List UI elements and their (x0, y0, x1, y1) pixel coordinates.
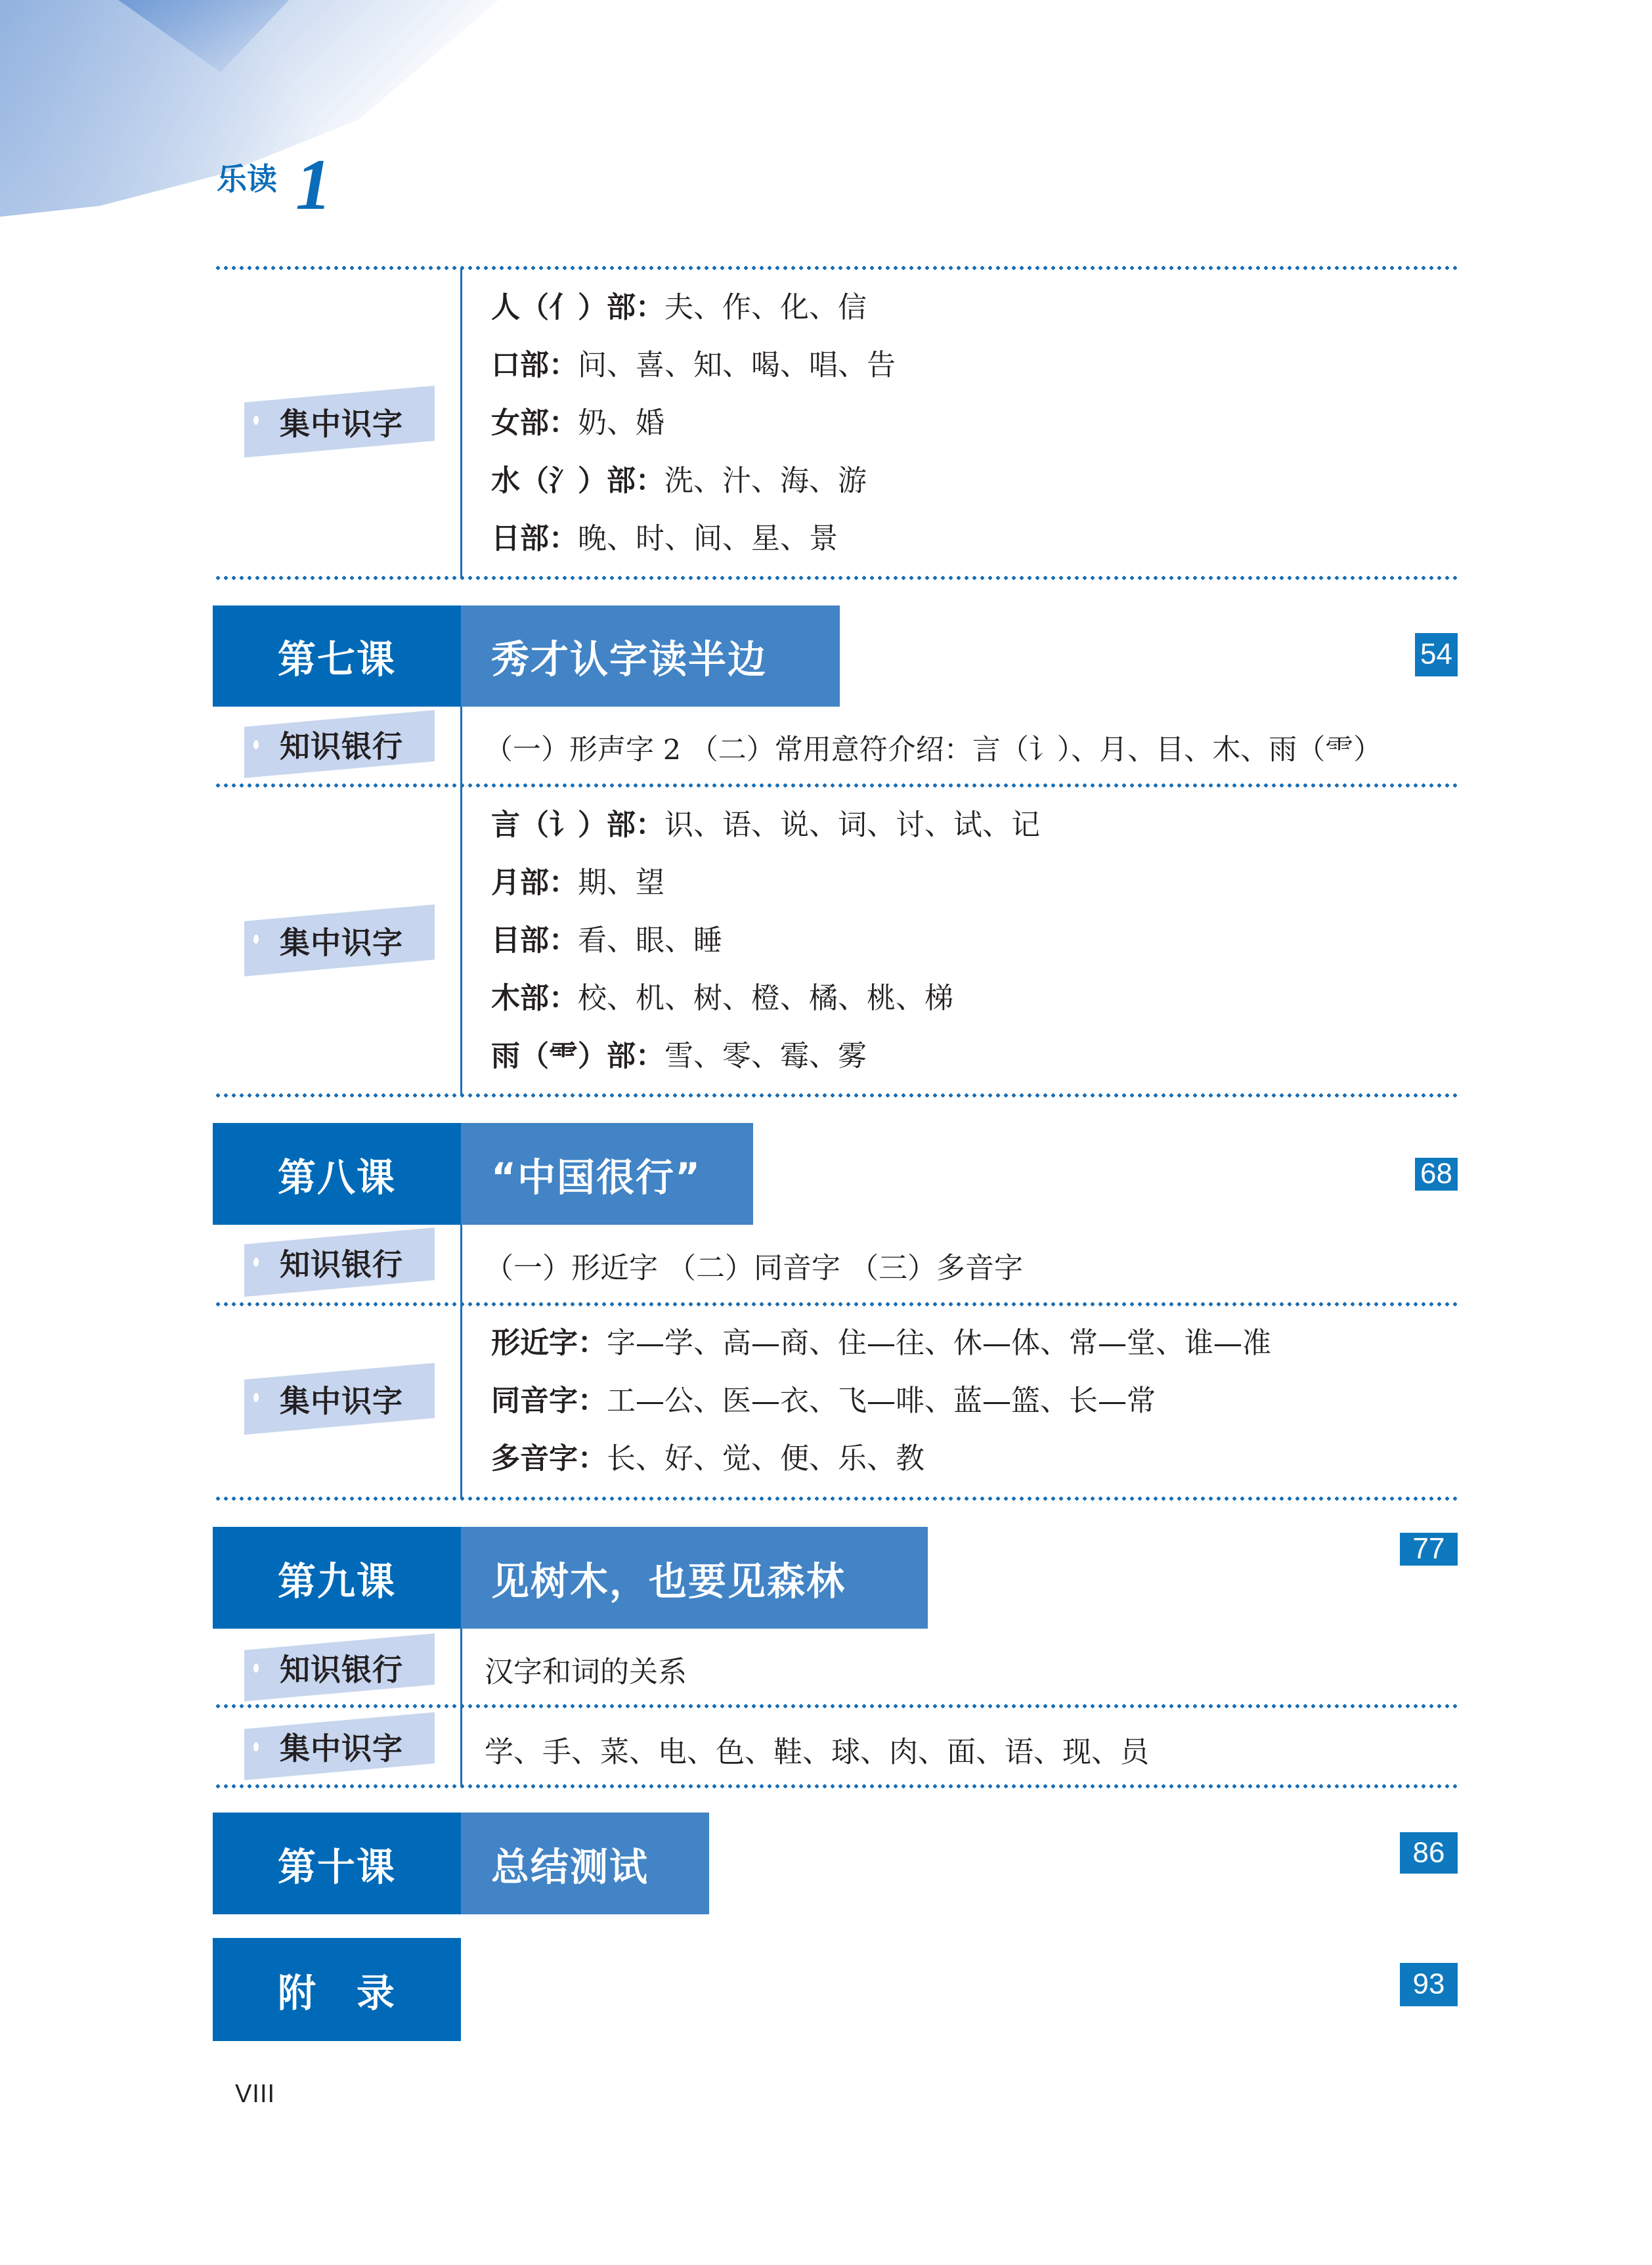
lesson-9-number[interactable]: 第九课 (213, 1527, 461, 1629)
tag-hole-icon (253, 1393, 259, 1403)
radical-line: 日部：晚、时、间、星、景 (491, 510, 896, 568)
character-list: 形近字：字—学、高—商、住—往、休—体、常—堂、谁—准 同音字：工—公、医—衣、… (491, 1315, 1271, 1488)
lesson-8-title[interactable]: “中国很行” (461, 1123, 753, 1225)
lesson-9-title[interactable]: 见树木，也要见森林 (461, 1527, 928, 1629)
character-list: 学、手、菜、电、色、鞋、球、肉、面、语、现、员 (485, 1728, 1149, 1770)
dotted-divider (214, 1784, 1458, 1788)
tag-concentrated-characters: 集中识字 (244, 385, 435, 457)
tag-hole-icon (253, 1742, 259, 1752)
volume-number: 1 (295, 143, 332, 227)
tag-concentrated-characters: 集中识字 (244, 1363, 435, 1434)
knowledge-text: （一）形近字 （二）同音字 （三）多音字 (485, 1244, 1023, 1286)
radical-line: 口部：问、喜、知、喝、唱、告 (491, 337, 896, 395)
lesson-9-page-number[interactable]: 77 (1400, 1533, 1458, 1566)
dotted-divider (214, 783, 1458, 787)
dotted-divider (214, 1704, 1458, 1708)
column-divider (460, 1225, 462, 1499)
lesson-8-page-number[interactable]: 68 (1415, 1158, 1458, 1191)
dotted-divider (214, 1302, 1458, 1306)
series-name: 乐读 (217, 155, 277, 198)
tag-hole-icon (253, 935, 259, 944)
radical-line: 言（讠）部：识、语、说、词、讨、试、记 (491, 797, 1040, 854)
radical-line: 雨（⻗）部：雪、零、霉、雾 (491, 1028, 1040, 1086)
column-divider (460, 707, 462, 1095)
tag-knowledge-bank: 知识银行 (244, 1227, 435, 1296)
tag-hole-icon (253, 416, 259, 426)
lesson-7-number[interactable]: 第七课 (213, 605, 461, 707)
radical-line: 月部：期、望 (491, 854, 1040, 912)
lesson-7-title[interactable]: 秀才认字读半边 (461, 605, 840, 707)
tag-concentrated-characters: 集中识字 (244, 1712, 435, 1780)
character-list: 人（亻）部：夫、作、化、信 口部：问、喜、知、喝、唱、告 女部：奶、婚 水（氵）… (491, 279, 896, 568)
dotted-divider (214, 576, 1458, 580)
dotted-divider (214, 266, 1458, 270)
radical-line: 木部：校、机、树、橙、橘、桃、梯 (491, 970, 1040, 1028)
lesson-10-title[interactable]: 总结测试 (461, 1813, 709, 1914)
dotted-divider (214, 1497, 1458, 1501)
knowledge-text: （一）形声字 2 （二）常用意符介绍：言（讠）、月、目、木、雨（⻗） (485, 728, 1381, 768)
tag-knowledge-bank: 知识银行 (244, 710, 435, 778)
radical-line: 水（氵）部：洗、汁、海、游 (491, 452, 896, 510)
tag-concentrated-characters: 集中识字 (244, 904, 435, 976)
appendix-label[interactable]: 附 录 (213, 1938, 461, 2041)
tag-hole-icon (253, 1663, 259, 1673)
dotted-divider (214, 1093, 1458, 1097)
lesson-10-number[interactable]: 第十课 (213, 1813, 461, 1914)
character-list: 言（讠）部：识、语、说、词、讨、试、记 月部：期、望 目部：看、眼、睡 木部：校… (491, 797, 1040, 1086)
tag-hole-icon (253, 740, 259, 750)
column-divider (460, 268, 462, 578)
knowledge-text: 汉字和词的关系 (485, 1648, 687, 1690)
radical-line: 同音字：工—公、医—衣、飞—啡、蓝—篮、长—常 (491, 1373, 1271, 1430)
radical-line: 人（亻）部：夫、作、化、信 (491, 279, 896, 337)
radical-line: 目部：看、眼、睡 (491, 912, 1040, 970)
lesson-8-number[interactable]: 第八课 (213, 1123, 461, 1225)
radical-line: 多音字：长、好、觉、便、乐、教 (491, 1430, 1271, 1488)
lesson-7-page-number[interactable]: 54 (1415, 633, 1458, 676)
tag-knowledge-bank: 知识银行 (244, 1633, 435, 1701)
appendix-page-number[interactable]: 93 (1400, 1963, 1458, 2006)
radical-line: 形近字：字—学、高—商、住—往、休—体、常—堂、谁—准 (491, 1315, 1271, 1373)
radical-line: 女部：奶、婚 (491, 395, 896, 452)
lesson-10-page-number[interactable]: 86 (1400, 1832, 1458, 1874)
page-folio: VIII (235, 2080, 275, 2109)
tag-hole-icon (253, 1258, 259, 1267)
